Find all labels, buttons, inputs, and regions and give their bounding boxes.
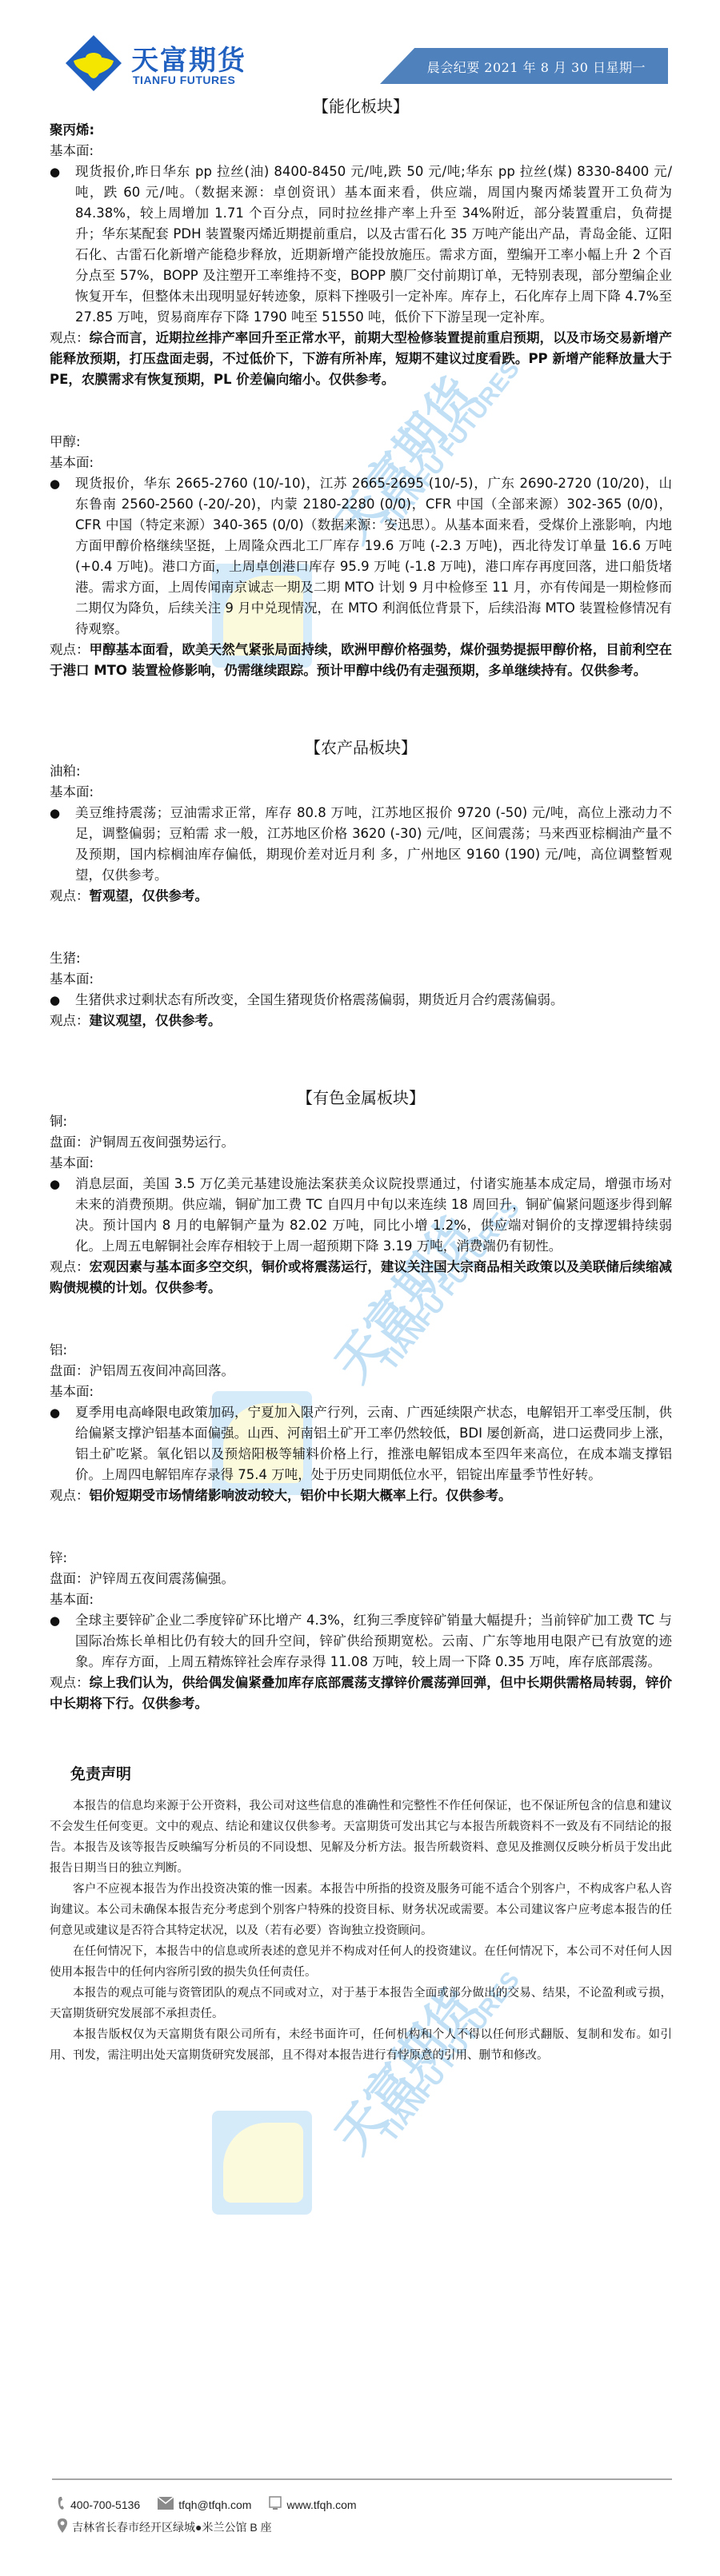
basics-label: 基本面: bbox=[50, 1153, 672, 1174]
view-paragraph: 观点：综上我们认为，供给偶发偏紧叠加库存底部震荡支撑锌价震荡弹回弹，但中长期供需… bbox=[50, 1673, 672, 1714]
footer-website: www.tfqh.com bbox=[269, 2496, 356, 2513]
footer-divider bbox=[52, 2478, 672, 2480]
market-label: 盘面： bbox=[50, 1134, 90, 1150]
bullet-text: 现货报价,昨日华东 pp 拉丝(油) 8400-8450 元/吨,跌 50 元/… bbox=[50, 161, 672, 328]
basics-label: 基本面: bbox=[50, 141, 672, 161]
view-label: 观点： bbox=[50, 1259, 90, 1274]
section-title: 【农产品板块】 bbox=[50, 737, 672, 758]
view-text: 暂观望，仅供参考。 bbox=[90, 888, 209, 903]
disclaimer-paragraph: 本报告的信息均来源于公开资料，我公司对这些信息的准确性和完整性不作任何保证，也不… bbox=[50, 1796, 672, 1879]
view-paragraph: 观点：宏观因素与基本面多空交织，铜价或将震荡运行，建议关注国大宗商品相关政策以及… bbox=[50, 1257, 672, 1298]
market-label: 盘面： bbox=[50, 1363, 90, 1378]
view-text: 甲醇基本面看，欧美天然气紧张局面持续，欧洲甲醇价格强势，煤价强势提振甲醇价格，目… bbox=[50, 642, 672, 678]
item-name: 铜: bbox=[50, 1111, 672, 1132]
item-name: 油粕: bbox=[50, 761, 672, 782]
report-page: 天富期货 TIANFU FUTURES 天富期货 TIANFU FUTURES … bbox=[0, 0, 720, 2576]
section-title: 【有色金属板块】 bbox=[50, 1087, 672, 1108]
basics-label: 基本面: bbox=[50, 1382, 672, 1402]
view-paragraph: 观点：暂观望，仅供参考。 bbox=[50, 886, 672, 907]
footer-phone: 400-700-5136 bbox=[58, 2496, 140, 2513]
view-paragraph: 观点：建议观望，仅供参考。 bbox=[50, 1011, 672, 1031]
phone-number: 400-700-5136 bbox=[70, 2498, 140, 2511]
email-link[interactable]: tfqh@tfqh.com bbox=[178, 2498, 251, 2511]
view-text: 综合而言，近期拉丝排产率回升至正常水平，前期大型检修装置提前重启预期，以及市场交… bbox=[50, 330, 672, 387]
item-name: 聚丙烯: bbox=[50, 120, 672, 141]
market-text: 沪铝周五夜间冲高回落。 bbox=[90, 1363, 235, 1378]
location-pin-icon bbox=[58, 2518, 67, 2535]
footer-address-row: 吉林省长春市经开区绿城●米兰公馆 B 座 bbox=[58, 2518, 272, 2535]
phone-icon bbox=[58, 2496, 66, 2513]
item-name: 锌: bbox=[50, 1548, 672, 1569]
view-label: 观点： bbox=[50, 1488, 90, 1503]
market-paragraph: 盘面：沪铝周五夜间冲高回落。 bbox=[50, 1361, 672, 1382]
view-label: 观点： bbox=[50, 642, 90, 657]
bullet-text: 全球主要锌矿企业二季度锌矿环比增产 4.3%，红狗三季度锌矿销量大幅提升；当前锌… bbox=[50, 1610, 672, 1673]
view-text: 建议观望，仅供参考。 bbox=[90, 1013, 222, 1028]
logo-text-cn: 天富期货 bbox=[131, 38, 246, 78]
view-text: 宏观因素与基本面多空交织，铜价或将震荡运行，建议关注国大宗商品相关政策以及美联储… bbox=[50, 1259, 672, 1295]
date-banner: 晨会纪要 2021 年 8 月 30 日星期一 bbox=[380, 48, 668, 84]
disclaimer-title: 免责声明 bbox=[70, 1764, 672, 1784]
view-label: 观点： bbox=[50, 1675, 90, 1690]
item-name: 甲醇: bbox=[50, 432, 672, 453]
logo-diamond-icon bbox=[64, 34, 123, 93]
disclaimer: 免责声明 本报告的信息均来源于公开资料，我公司对这些信息的准确性和完整性不作任何… bbox=[50, 1764, 672, 2066]
market-text: 沪锌周五夜间震荡偏强。 bbox=[90, 1571, 235, 1586]
section-title: 【能化板块】 bbox=[50, 96, 672, 117]
footer-address: 吉林省长春市经开区绿城●米兰公馆 B 座 bbox=[58, 2518, 272, 2535]
basics-label: 基本面: bbox=[50, 1589, 672, 1610]
view-label: 观点： bbox=[50, 330, 90, 345]
envelope-icon bbox=[158, 2497, 174, 2512]
monitor-icon bbox=[269, 2496, 282, 2513]
view-paragraph: 观点：甲醇基本面看，欧美天然气紧张局面持续，欧洲甲醇价格强势，煤价强势提振甲醇价… bbox=[50, 640, 672, 681]
basics-label: 基本面: bbox=[50, 453, 672, 473]
section-energy-chemicals: 【能化板块】 聚丙烯: 基本面: 现货报价,昨日华东 pp 拉丝(油) 8400… bbox=[50, 96, 672, 681]
bullet-text: 现货报价，华东 2665-2760 (10/-10)，江苏 2665-2695 … bbox=[50, 473, 672, 640]
logo-text-en: TIANFU FUTURES bbox=[133, 74, 235, 86]
market-paragraph: 盘面：沪铜周五夜间强势运行。 bbox=[50, 1132, 672, 1153]
address-text: 吉林省长春市经开区绿城●米兰公馆 B 座 bbox=[72, 2519, 272, 2535]
section-agriculture: 【农产品板块】 油粕: 基本面: 美豆维持震荡；豆油需求正常，库存 80.8 万… bbox=[50, 737, 672, 1031]
market-text: 沪铜周五夜间强势运行。 bbox=[90, 1134, 235, 1150]
section-nonferrous-metals: 【有色金属板块】 铜: 盘面：沪铜周五夜间强势运行。 基本面: 消息层面，美国 … bbox=[50, 1087, 672, 1714]
bullet-text: 夏季用电高峰限电政策加码，宁夏加入限产行列，云南、广西延续限产状态，电解铝开工率… bbox=[50, 1402, 672, 1485]
item-name: 生猪: bbox=[50, 948, 672, 969]
bullet-text: 美豆维持震荡；豆油需求正常，库存 80.8 万吨，江苏地区报价 9720 (-5… bbox=[50, 803, 672, 886]
disclaimer-paragraph: 在任何情况下，本报告中的信息或所表述的意见并不构成对任何人的投资建议。在任何情况… bbox=[50, 1941, 672, 1983]
view-label: 观点： bbox=[50, 1013, 90, 1028]
item-name: 铝: bbox=[50, 1340, 672, 1361]
bullet-text: 生猪供求过剩状态有所改变，全国生猪现货价格震荡偏弱，期货近月合约震荡偏弱。 bbox=[50, 990, 672, 1011]
disclaimer-paragraph: 本报告版权仅为天富期货有限公司所有，未经书面许可，任何机构和个人不得以任何形式翻… bbox=[50, 2024, 672, 2066]
basics-label: 基本面: bbox=[50, 782, 672, 803]
bullet-text: 消息层面，美国 3.5 万亿美元基建设施法案获美众议院投票通过，付诸实施基本成定… bbox=[50, 1174, 672, 1257]
disclaimer-paragraph: 客户不应视本报告为作出投资决策的惟一因素。本报告中所指的投资及服务可能不适合个别… bbox=[50, 1879, 672, 1941]
basics-label: 基本面: bbox=[50, 969, 672, 990]
website-link[interactable]: www.tfqh.com bbox=[286, 2498, 356, 2511]
report-content: 【能化板块】 聚丙烯: 基本面: 现货报价,昨日华东 pp 拉丝(油) 8400… bbox=[50, 96, 672, 2066]
footer-contacts: 400-700-5136 tfqh@tfqh.com www.tfqh.com bbox=[58, 2496, 357, 2513]
market-paragraph: 盘面：沪锌周五夜间震荡偏强。 bbox=[50, 1569, 672, 1589]
view-paragraph: 观点：铝价短期受市场情绪影响波动较大，铝价中长期大概率上行。仅供参考。 bbox=[50, 1485, 672, 1506]
view-text: 铝价短期受市场情绪影响波动较大，铝价中长期大概率上行。仅供参考。 bbox=[90, 1488, 512, 1503]
view-text: 综上我们认为，供给偶发偏紧叠加库存底部震荡支撑锌价震荡弹回弹，但中长期供需格局转… bbox=[50, 1675, 672, 1711]
disclaimer-paragraph: 本报告的观点可能与资管团队的观点不同或对立，对于基于本报告全面或部分做出的交易、… bbox=[50, 1983, 672, 2024]
company-logo: 天富期货 TIANFU FUTURES bbox=[64, 34, 256, 91]
view-label: 观点： bbox=[50, 888, 90, 903]
view-paragraph: 观点：综合而言，近期拉丝排产率回升至正常水平，前期大型检修装置提前重启预期，以及… bbox=[50, 328, 672, 390]
market-label: 盘面： bbox=[50, 1571, 90, 1586]
watermark-logo bbox=[212, 2111, 312, 2215]
date-banner-text: 晨会纪要 2021 年 8 月 30 日星期一 bbox=[427, 58, 646, 76]
footer-email: tfqh@tfqh.com bbox=[158, 2497, 251, 2512]
